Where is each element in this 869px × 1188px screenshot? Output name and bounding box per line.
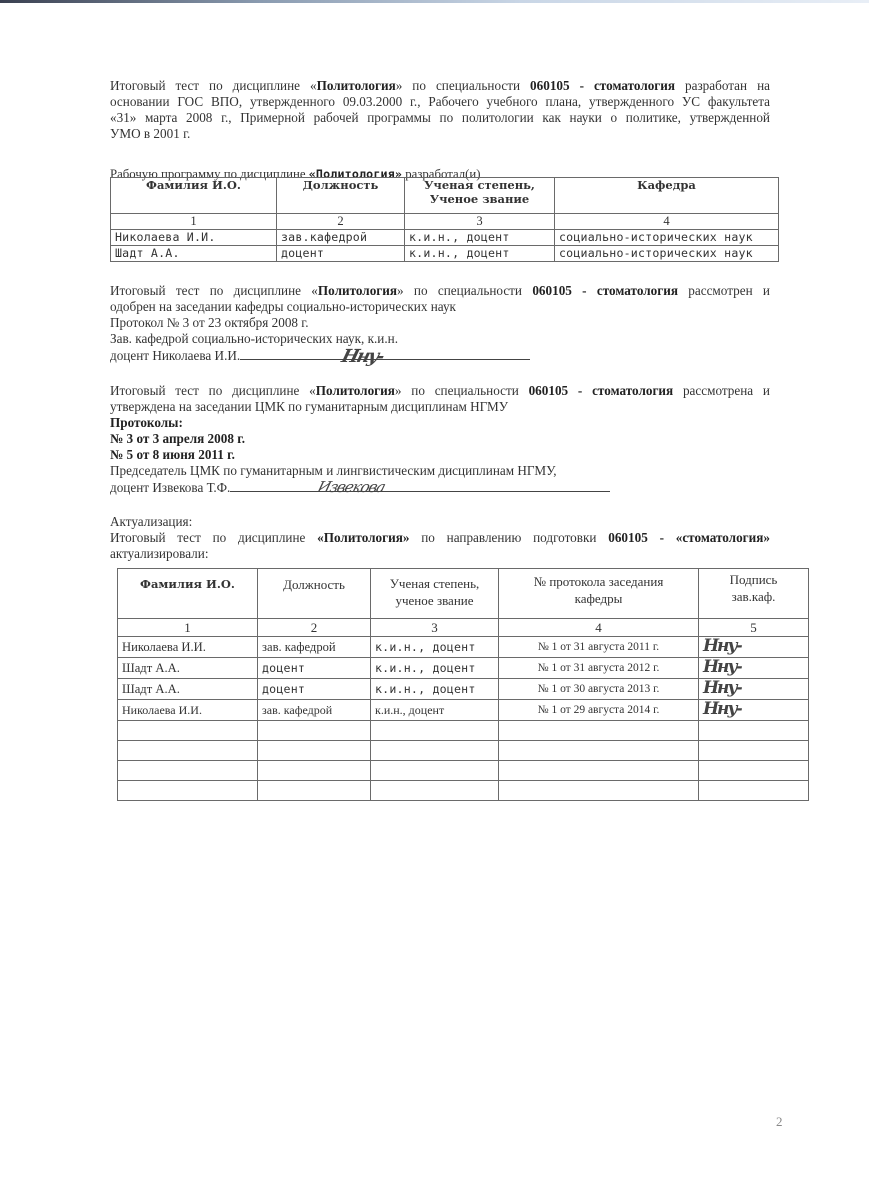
cmk-chair-signature-line: доцент Извекова Т.Ф. [110, 479, 770, 496]
handwritten-signature: Извекова [316, 478, 387, 496]
cell-degree [371, 721, 499, 741]
cell-department: социально-исторических наук [555, 230, 779, 246]
intro-line-4: УМО в 2001 г. [110, 126, 770, 142]
table-row: Николаева И.И. зав. кафедрой к.и.н., доц… [118, 637, 809, 658]
col-number: 3 [371, 619, 499, 637]
actualization-line-2: актуализировали: [110, 546, 770, 562]
table-row: Николаева И.И. зав.кафедрой к.и.н., доце… [111, 230, 779, 246]
col-number: 2 [258, 619, 371, 637]
department-review-line-1: Итоговый тест по дисциплине «Политология… [110, 283, 770, 299]
col-number: 1 [111, 214, 277, 230]
header-degree: Ученая степень,Ученое звание [405, 178, 555, 214]
cell-degree: к.и.н., доцент [405, 230, 555, 246]
cell-position [258, 721, 371, 741]
cell-signature: Нну- [699, 637, 809, 658]
col-number: 4 [555, 214, 779, 230]
cell-signature: Нну- [699, 679, 809, 700]
col-number: 4 [499, 619, 699, 637]
scan-top-edge [0, 0, 869, 3]
header-name: Фамилия И.О. [118, 569, 258, 619]
table-row: Шадт А.А. доцент к.и.н., доцент социальн… [111, 246, 779, 262]
cell-name [118, 741, 258, 761]
cell-protocol: № 1 от 30 августа 2013 г. [499, 679, 699, 700]
col-number: 3 [405, 214, 555, 230]
table-row-empty [118, 781, 809, 801]
cell-position: зав. кафедрой [258, 637, 371, 658]
handwritten-signature: Нну- [703, 657, 741, 677]
page-number: 2 [776, 1114, 783, 1130]
cell-name [118, 761, 258, 781]
intro-line-1: Итоговый тест по дисциплине «Политология… [110, 78, 770, 94]
col-number: 2 [277, 214, 405, 230]
cell-position: зав.кафедрой [277, 230, 405, 246]
cell-degree: к.и.н., доцент [371, 679, 499, 700]
cell-protocol [499, 781, 699, 801]
cell-protocol [499, 741, 699, 761]
cell-protocol: № 1 от 31 августа 2011 г. [499, 637, 699, 658]
col-number: 5 [699, 619, 809, 637]
protocol-item: № 5 от 8 июня 2011 г. [110, 447, 770, 463]
cell-name: Николаева И.И. [118, 637, 258, 658]
cell-position: доцент [277, 246, 405, 262]
protocols-label: Протоколы: [110, 415, 770, 431]
table-row-empty [118, 761, 809, 781]
table-row-empty [118, 721, 809, 741]
handwritten-signature: Нну- [339, 346, 385, 367]
cell-position: доцент [258, 658, 371, 679]
actualization-block: Актуализация: Итоговый тест по дисциплин… [110, 514, 770, 562]
cmk-review-block: Итоговый тест по дисциплине «Политология… [110, 383, 770, 496]
cell-degree: к.и.н., доцент [371, 658, 499, 679]
developers-header-row: Фамилия И.О. Должность Ученая степень,Уч… [111, 178, 779, 214]
table-row: Шадт А.А. доцент к.и.н., доцент № 1 от 3… [118, 679, 809, 700]
cell-position [258, 741, 371, 761]
cmk-chair-title: Председатель ЦМК по гуманитарным и лингв… [110, 463, 770, 479]
cell-position [258, 781, 371, 801]
cell-signature [699, 721, 809, 741]
intro-line-3: «31» марта 2008 г., Примерной рабочей пр… [110, 110, 770, 126]
handwritten-signature: Нну- [703, 636, 741, 656]
signature-line [240, 347, 530, 360]
cell-name: Шадт А.А. [118, 658, 258, 679]
header-name: Фамилия И.О. [111, 178, 277, 214]
department-head-title: Зав. кафедрой социально-исторических нау… [110, 331, 770, 347]
cell-position: доцент [258, 679, 371, 700]
cell-degree: к.и.н., доцент [371, 637, 499, 658]
developers-table: Фамилия И.О. Должность Ученая степень,Уч… [110, 177, 779, 262]
table-row: Шадт А.А. доцент к.и.н., доцент № 1 от 3… [118, 658, 809, 679]
cmk-review-line-2: утверждена на заседании ЦМК по гуманитар… [110, 399, 770, 415]
actualization-heading: Актуализация: [110, 514, 770, 530]
cell-protocol [499, 761, 699, 781]
header-degree: Ученая степень,ученое звание [371, 569, 499, 619]
department-protocol: Протокол № 3 от 23 октября 2008 г. [110, 315, 770, 331]
cell-name: Шадт А.А. [111, 246, 277, 262]
intro-paragraph: Итоговый тест по дисциплине «Политология… [110, 78, 770, 142]
cell-signature [699, 761, 809, 781]
cell-position: зав. кафедрой [258, 700, 371, 721]
header-position: Должность [258, 569, 371, 619]
cell-protocol: № 1 от 29 августа 2014 г. [499, 700, 699, 721]
cell-degree: к.и.н., доцент [371, 700, 499, 721]
actualization-line-1: Итоговый тест по дисциплине «Политология… [110, 530, 770, 546]
col-number: 1 [118, 619, 258, 637]
cell-name [118, 721, 258, 741]
cell-protocol [499, 721, 699, 741]
handwritten-signature: Нну- [703, 678, 741, 698]
cell-degree: к.и.н., доцент [405, 246, 555, 262]
cell-name: Николаева И.И. [118, 700, 258, 721]
cell-degree [371, 781, 499, 801]
developers-number-row: 1 2 3 4 [111, 214, 779, 230]
signature-line [230, 479, 610, 492]
table-row: Николаева И.И. зав. кафедрой к.и.н., доц… [118, 700, 809, 721]
header-protocol: № протокола заседаниякафедры [499, 569, 699, 619]
table-row-empty [118, 741, 809, 761]
cell-name [118, 781, 258, 801]
department-review-line-2: одобрен на заседании кафедры социально-и… [110, 299, 770, 315]
cell-name: Шадт А.А. [118, 679, 258, 700]
actualization-header-row: Фамилия И.О. Должность Ученая степень,уч… [118, 569, 809, 619]
cell-degree [371, 761, 499, 781]
cell-department: социально-исторических наук [555, 246, 779, 262]
handwritten-signature: Нну- [703, 699, 741, 719]
cell-name: Николаева И.И. [111, 230, 277, 246]
department-head-signature-line: доцент Николаева И.И. [110, 347, 770, 364]
actualization-table: Фамилия И.О. Должность Ученая степень,уч… [117, 568, 809, 801]
cell-protocol: № 1 от 31 августа 2012 г. [499, 658, 699, 679]
cell-degree [371, 741, 499, 761]
protocol-item: № 3 от 3 апреля 2008 г. [110, 431, 770, 447]
cell-signature: Нну- [699, 700, 809, 721]
cell-signature [699, 781, 809, 801]
cell-position [258, 761, 371, 781]
intro-line-2: основании ГОС ВПО, утвержденного 09.03.2… [110, 94, 770, 110]
cell-signature [699, 741, 809, 761]
actualization-number-row: 1 2 3 4 5 [118, 619, 809, 637]
department-review-block: Итоговый тест по дисциплине «Политология… [110, 283, 770, 364]
cmk-review-line-1: Итоговый тест по дисциплине «Политология… [110, 383, 770, 399]
cell-signature: Нну- [699, 658, 809, 679]
header-signature: Подписьзав.каф. [699, 569, 809, 619]
header-position: Должность [277, 178, 405, 214]
header-department: Кафедра [555, 178, 779, 214]
